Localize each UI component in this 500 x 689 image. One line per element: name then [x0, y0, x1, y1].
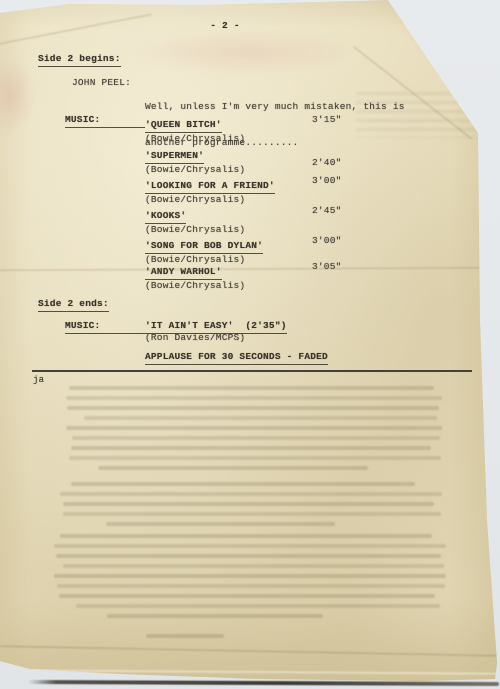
track-row: 'LOOKING FOR A FRIEND' (Bowie/Chrysalis)… — [145, 175, 475, 206]
music-label: MUSIC: — [65, 114, 145, 128]
bleedthrough-line — [63, 512, 441, 516]
speaker-label: JOHN PEEL: — [72, 77, 131, 89]
bleedthrough-line — [107, 614, 323, 618]
bleedthrough-line — [66, 426, 442, 430]
speech-line-1: Well, unless I'm very much mistaken, thi… — [145, 101, 405, 113]
bleedthrough-line — [67, 406, 439, 410]
track-duration: 3'15" — [312, 114, 342, 126]
bleedthrough-line — [54, 544, 446, 548]
bleedthrough-line — [71, 482, 415, 486]
track-row: 'KOOKS' (Bowie/Chrysalis) 2'45" — [145, 205, 475, 236]
bleedthrough-line — [57, 584, 445, 588]
bleedthrough-line — [63, 502, 434, 506]
track-title: 'LOOKING FOR A FRIEND' — [145, 180, 275, 194]
typist-initials: ja — [33, 374, 44, 386]
horizontal-rule — [32, 370, 472, 372]
track-title: 'QUEEN BITCH' — [145, 119, 222, 133]
side2-begins-heading: Side 2 begins: — [38, 53, 121, 67]
track-duration: 2'40" — [312, 157, 342, 169]
bleedthrough-line — [60, 534, 432, 538]
bleedthrough-line — [56, 554, 440, 558]
bleedthrough-paragraph — [60, 482, 442, 532]
bleedthrough-line — [98, 466, 369, 470]
bleedthrough-line — [66, 396, 442, 400]
music-label: MUSIC: — [65, 320, 145, 334]
bleedthrough-line — [69, 386, 434, 390]
bleedthrough-paragraph — [54, 534, 446, 624]
bleedthrough-line — [54, 574, 446, 578]
bleedthrough-line — [106, 522, 335, 526]
track-credit: (Bowie/Chrysalis) — [145, 133, 475, 145]
track-credit: (Bowie/Chrysalis) — [145, 194, 475, 206]
ink-bleed-smudge — [0, 58, 37, 133]
applause-note: APPLAUSE FOR 30 SECONDS - FADED — [145, 351, 328, 365]
paper-edge-shadow — [28, 680, 499, 686]
track-credit: (Bowie/Chrysalis) — [145, 280, 475, 292]
bleedthrough-line — [63, 564, 443, 568]
track-credit: (Bowie/Chrysalis) — [145, 164, 475, 176]
track-row: 'QUEEN BITCH' (Bowie/Chrysalis) 3'15" — [145, 114, 475, 145]
track-title: 'KOOKS' — [145, 210, 186, 224]
bleedthrough-paragraph — [146, 634, 224, 644]
bleedthrough-paragraph — [66, 386, 442, 476]
page-number: - 2 - — [185, 20, 265, 32]
track-row: 'SUPERMEN' (Bowie/Chrysalis) 2'40" — [145, 145, 475, 176]
track-title: 'SUPERMEN' — [145, 150, 204, 164]
track-row: 'ANDY WARHOL' (Bowie/Chrysalis) 3'05" — [145, 261, 475, 292]
track-duration: 3'00" — [312, 175, 342, 187]
side2-ends-heading: Side 2 ends: — [38, 298, 109, 312]
track-title: 'SONG FOR BOB DYLAN' — [145, 240, 263, 254]
paper-crease — [0, 13, 152, 48]
bleedthrough-line — [69, 456, 441, 460]
bleedthrough-line — [84, 416, 437, 420]
bleedthrough-line — [59, 594, 435, 598]
paper-sheet: - 2 - Side 2 begins: JOHN PEEL: Well, un… — [0, 0, 500, 689]
bleedthrough-line — [76, 604, 441, 608]
track-duration: 2'45" — [312, 205, 342, 217]
bleedthrough-line — [60, 492, 442, 496]
paper-crease — [0, 645, 500, 656]
bleedthrough-line — [72, 436, 440, 440]
bleedthrough-line — [71, 446, 432, 450]
track-duration: 3'00" — [312, 235, 342, 247]
paper-crease — [0, 669, 500, 674]
track-credit: (Bowie/Chrysalis) — [145, 224, 475, 236]
ink-bleed-smudge — [130, 30, 360, 75]
closing-track-credit: (Ron Davies/MCPS) — [145, 332, 245, 344]
scanned-script-page: - 2 - Side 2 begins: JOHN PEEL: Well, un… — [0, 0, 500, 689]
bleedthrough-line — [146, 634, 224, 638]
